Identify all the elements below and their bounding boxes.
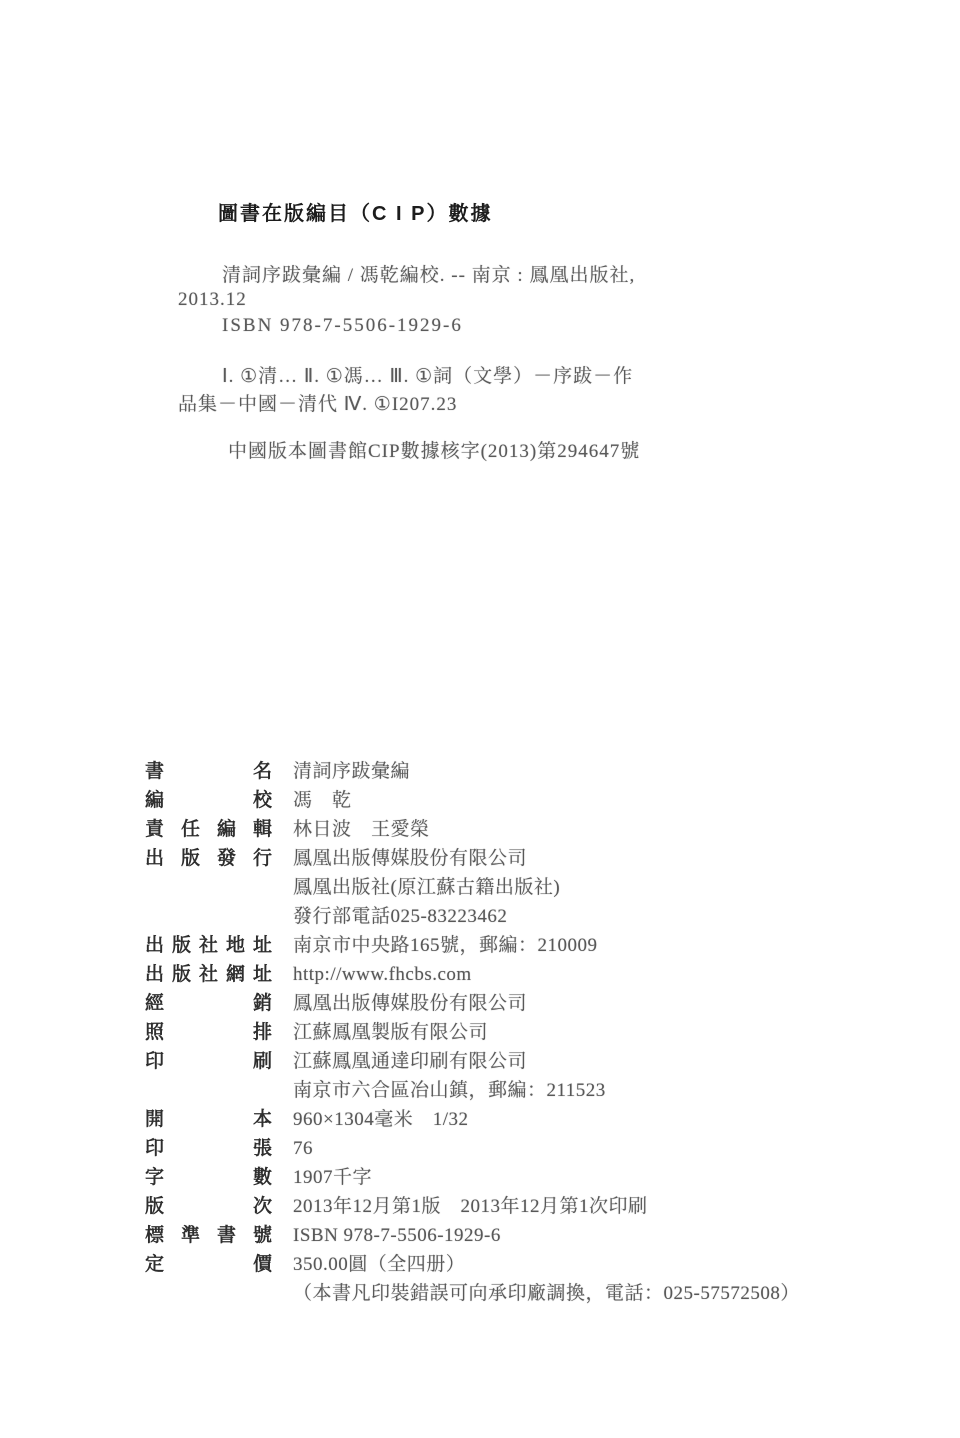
row-label: 出版發行 [145,844,272,873]
row-value: 鳳凰出版傳媒股份有限公司 [293,989,527,1018]
cip-heading: 圖書在版編目（C I P）數據 [218,197,492,226]
cip-record-number: 中國版本圖書館CIP數據核字(2013)第294647號 [228,436,640,463]
row-value: 鳳凰出版傳媒股份有限公司 [293,844,527,873]
row-label: 經銷 [145,989,272,1018]
colophon-row-format: 開本 960×1304毫米 1/32 [145,1105,845,1134]
row-value: 江蘇鳳凰製版有限公司 [293,1018,488,1047]
colophon-row-price: 定價 350.00圓（全四册） [145,1250,845,1279]
row-value: 鳳凰出版社(原江蘇古籍出版社) [293,873,560,902]
copyright-page: 圖書在版編目（C I P）數據 清詞序跋彙編 / 馮乾編校. -- 南京 : 鳳… [0,0,960,1438]
row-value: 發行部電話025-83223462 [293,902,507,931]
row-value: 南京市六合區冶山鎮，郵編：211523 [293,1076,606,1105]
colophon-row-editor: 編校 馮 乾 [145,786,845,815]
row-label: 印刷 [145,1047,272,1076]
colophon-row-responsible-editor: 責任編輯 林日波 王愛榮 [145,815,845,844]
row-value: 林日波 王愛榮 [293,815,430,844]
row-value: 1907千字 [293,1163,372,1192]
row-value: 350.00圓（全四册） [293,1250,465,1279]
colophon-row-publisher-cont: 鳳凰出版社(原江蘇古籍出版社) [145,873,845,902]
colophon: 書名 清詞序跋彙編 編校 馮 乾 責任編輯 林日波 王愛榮 出版發行 鳳凰出版傳… [145,757,845,1308]
row-value: http://www.fhcbs.com [293,960,472,989]
row-label: 照排 [145,1018,272,1047]
row-label: 字數 [145,1163,272,1192]
colophon-row-publisher-address: 出版社地址 南京市中央路165號，郵編：210009 [145,931,845,960]
row-label: 出版社網址 [145,960,272,989]
colophon-row-word-count: 字數 1907千字 [145,1163,845,1192]
colophon-row-distributor: 經銷 鳳凰出版傳媒股份有限公司 [145,989,845,1018]
row-value: 江蘇鳳凰通達印刷有限公司 [293,1047,527,1076]
colophon-row-printer: 印刷 江蘇鳳凰通達印刷有限公司 [145,1047,845,1076]
cip-class-line2: 品集－中國－清代 Ⅳ. ①I207.23 [178,389,457,416]
row-label: 開本 [145,1105,272,1134]
colophon-row-edition: 版次 2013年12月第1版 2013年12月第1次印刷 [145,1192,845,1221]
row-label: 出版社地址 [145,931,272,960]
row-value: 76 [293,1134,313,1163]
colophon-row-printer-address: 南京市六合區冶山鎮，郵編：211523 [145,1076,845,1105]
colophon-row-publisher: 出版發行 鳳凰出版傳媒股份有限公司 [145,844,845,873]
colophon-row-publisher-website: 出版社網址 http://www.fhcbs.com [145,960,845,989]
cip-date-line: 2013.12 [178,289,247,311]
row-label: 責任編輯 [145,815,272,844]
colophon-row-printed-sheets: 印張 76 [145,1134,845,1163]
row-label: 印張 [145,1134,272,1163]
row-value: 清詞序跋彙編 [293,757,410,786]
colophon-row-distribution-phone: 發行部電話025-83223462 [145,902,845,931]
row-label: 定價 [145,1250,272,1279]
row-value: 南京市中央路165號，郵編：210009 [293,931,598,960]
row-label: 編校 [145,786,272,815]
row-value: 960×1304毫米 1/32 [293,1105,469,1134]
colophon-row-book-title: 書名 清詞序跋彙編 [145,757,845,786]
row-value: 馮 乾 [293,786,352,815]
row-label: 書名 [145,757,272,786]
cip-class-line1: Ⅰ. ①清… Ⅱ. ①馮… Ⅲ. ①詞（文學）－序跋－作 [222,361,633,388]
cip-isbn-line: ISBN 978-7-5506-1929-6 [222,315,463,337]
row-label: 標準書號 [145,1221,272,1250]
colophon-row-isbn: 標準書號 ISBN 978-7-5506-1929-6 [145,1221,845,1250]
row-value: （本書凡印裝錯誤可向承印廠調換，電話：025-57572508） [293,1279,800,1308]
colophon-row-typesetter: 照排 江蘇鳳凰製版有限公司 [145,1018,845,1047]
row-value: ISBN 978-7-5506-1929-6 [293,1221,501,1250]
colophon-row-misprint-note: （本書凡印裝錯誤可向承印廠調換，電話：025-57572508） [145,1279,845,1308]
cip-title-line: 清詞序跋彙編 / 馮乾編校. -- 南京 : 鳳凰出版社, [222,260,635,287]
row-label: 版次 [145,1192,272,1221]
row-value: 2013年12月第1版 2013年12月第1次印刷 [293,1192,648,1221]
